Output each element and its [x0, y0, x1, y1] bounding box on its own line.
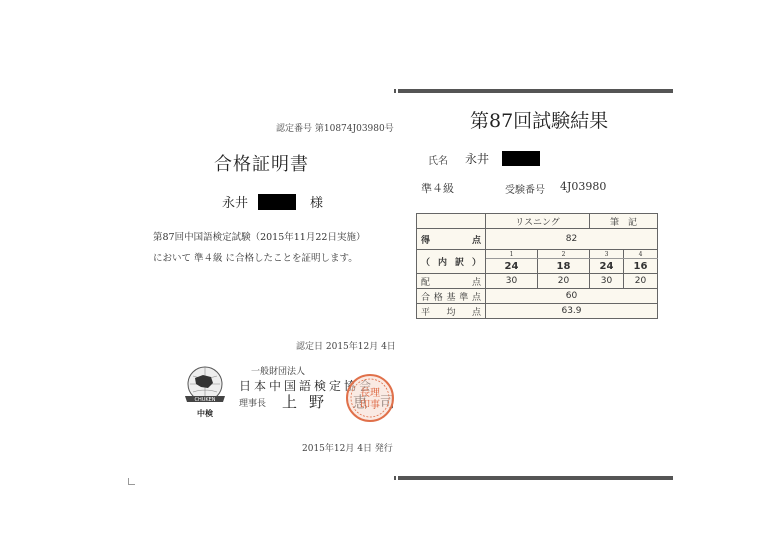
table-header-row: リスニング 筆 記: [417, 214, 658, 229]
organization-type: 一般財団法人: [251, 364, 305, 377]
header-listening: リスニング: [486, 214, 590, 229]
breakdown-index: 4: [623, 250, 657, 259]
svg-text:CHUKEN: CHUKEN: [194, 397, 215, 403]
exam-number: 4J03980: [560, 180, 606, 193]
score-label: 得 点: [417, 229, 486, 250]
breakdown-index: 1: [486, 250, 538, 259]
header-writing: 筆 記: [589, 214, 657, 229]
recipient-surname: 永井: [222, 192, 248, 211]
breakdown-score: 24: [486, 259, 538, 274]
breakdown-score: 16: [623, 259, 657, 274]
table-row-allocation: 配 点 30 20 30 20: [417, 274, 658, 289]
header-blank: [417, 214, 486, 229]
pass-line-label: 合格基準点: [417, 289, 486, 304]
allocation-value: 30: [589, 274, 623, 289]
breakdown-index: 3: [589, 250, 623, 259]
certificate-statement-line1: 第87回中国語検定試験（2015年11月22日実施）: [153, 229, 365, 243]
table-row-average: 平均点 63.9: [417, 304, 658, 319]
certificate-number: 認定番号 第10874J03980号: [276, 121, 394, 134]
scan-edge-bottom: [398, 476, 673, 480]
allocation-value: 20: [537, 274, 589, 289]
crop-mark: [128, 478, 135, 485]
breakdown-score: 24: [589, 259, 623, 274]
breakdown-label: （ 内 訳 ）: [417, 250, 486, 274]
redacted-given-name: [502, 151, 540, 166]
scan-edge-top: [398, 89, 673, 93]
grade-level: 準４級: [421, 180, 454, 196]
score-total: 82: [486, 229, 658, 250]
table-row-score: 得 点 82: [417, 229, 658, 250]
official-seal-icon: 長理 印事: [345, 373, 395, 423]
allocation-label: 配 点: [417, 274, 486, 289]
certificate-statement-line2: において 準４級 に合格したことを証明します。: [153, 250, 358, 264]
chuken-logo-icon: CHUKEN 中検: [177, 360, 233, 422]
recipient-name: 永井 様: [222, 192, 323, 211]
table-row-pass-line: 合格基準点 60: [417, 289, 658, 304]
certification-date: 認定日 2015年12月 4日: [296, 339, 396, 352]
table-row-breakdown-index: （ 内 訳 ） 1 2 3 4: [417, 250, 658, 259]
redacted-given-name: [258, 194, 296, 210]
score-table: リスニング 筆 記 得 点 82 （ 内 訳 ） 1 2 3 4 24 18 2…: [416, 213, 658, 319]
average-value: 63.9: [486, 304, 658, 319]
pass-line-value: 60: [486, 289, 658, 304]
svg-text:長理: 長理: [360, 387, 380, 399]
issue-date: 2015年12月 4日 発行: [302, 441, 393, 454]
allocation-value: 20: [623, 274, 657, 289]
svg-text:中検: 中検: [197, 408, 213, 418]
breakdown-index: 2: [537, 250, 589, 259]
result-title: 第87回試験結果: [470, 106, 608, 133]
allocation-value: 30: [486, 274, 538, 289]
breakdown-score: 18: [537, 259, 589, 274]
exam-number-label: 受験番号: [505, 181, 545, 196]
svg-text:印事: 印事: [360, 398, 380, 411]
recipient-suffix: 様: [310, 192, 323, 211]
certificate-title: 合格証明書: [214, 150, 309, 176]
chairman-label: 理事長: [239, 396, 266, 409]
name-label: 氏名: [428, 152, 448, 167]
average-label: 平均点: [417, 304, 486, 319]
name-surname: 永井: [465, 150, 489, 167]
